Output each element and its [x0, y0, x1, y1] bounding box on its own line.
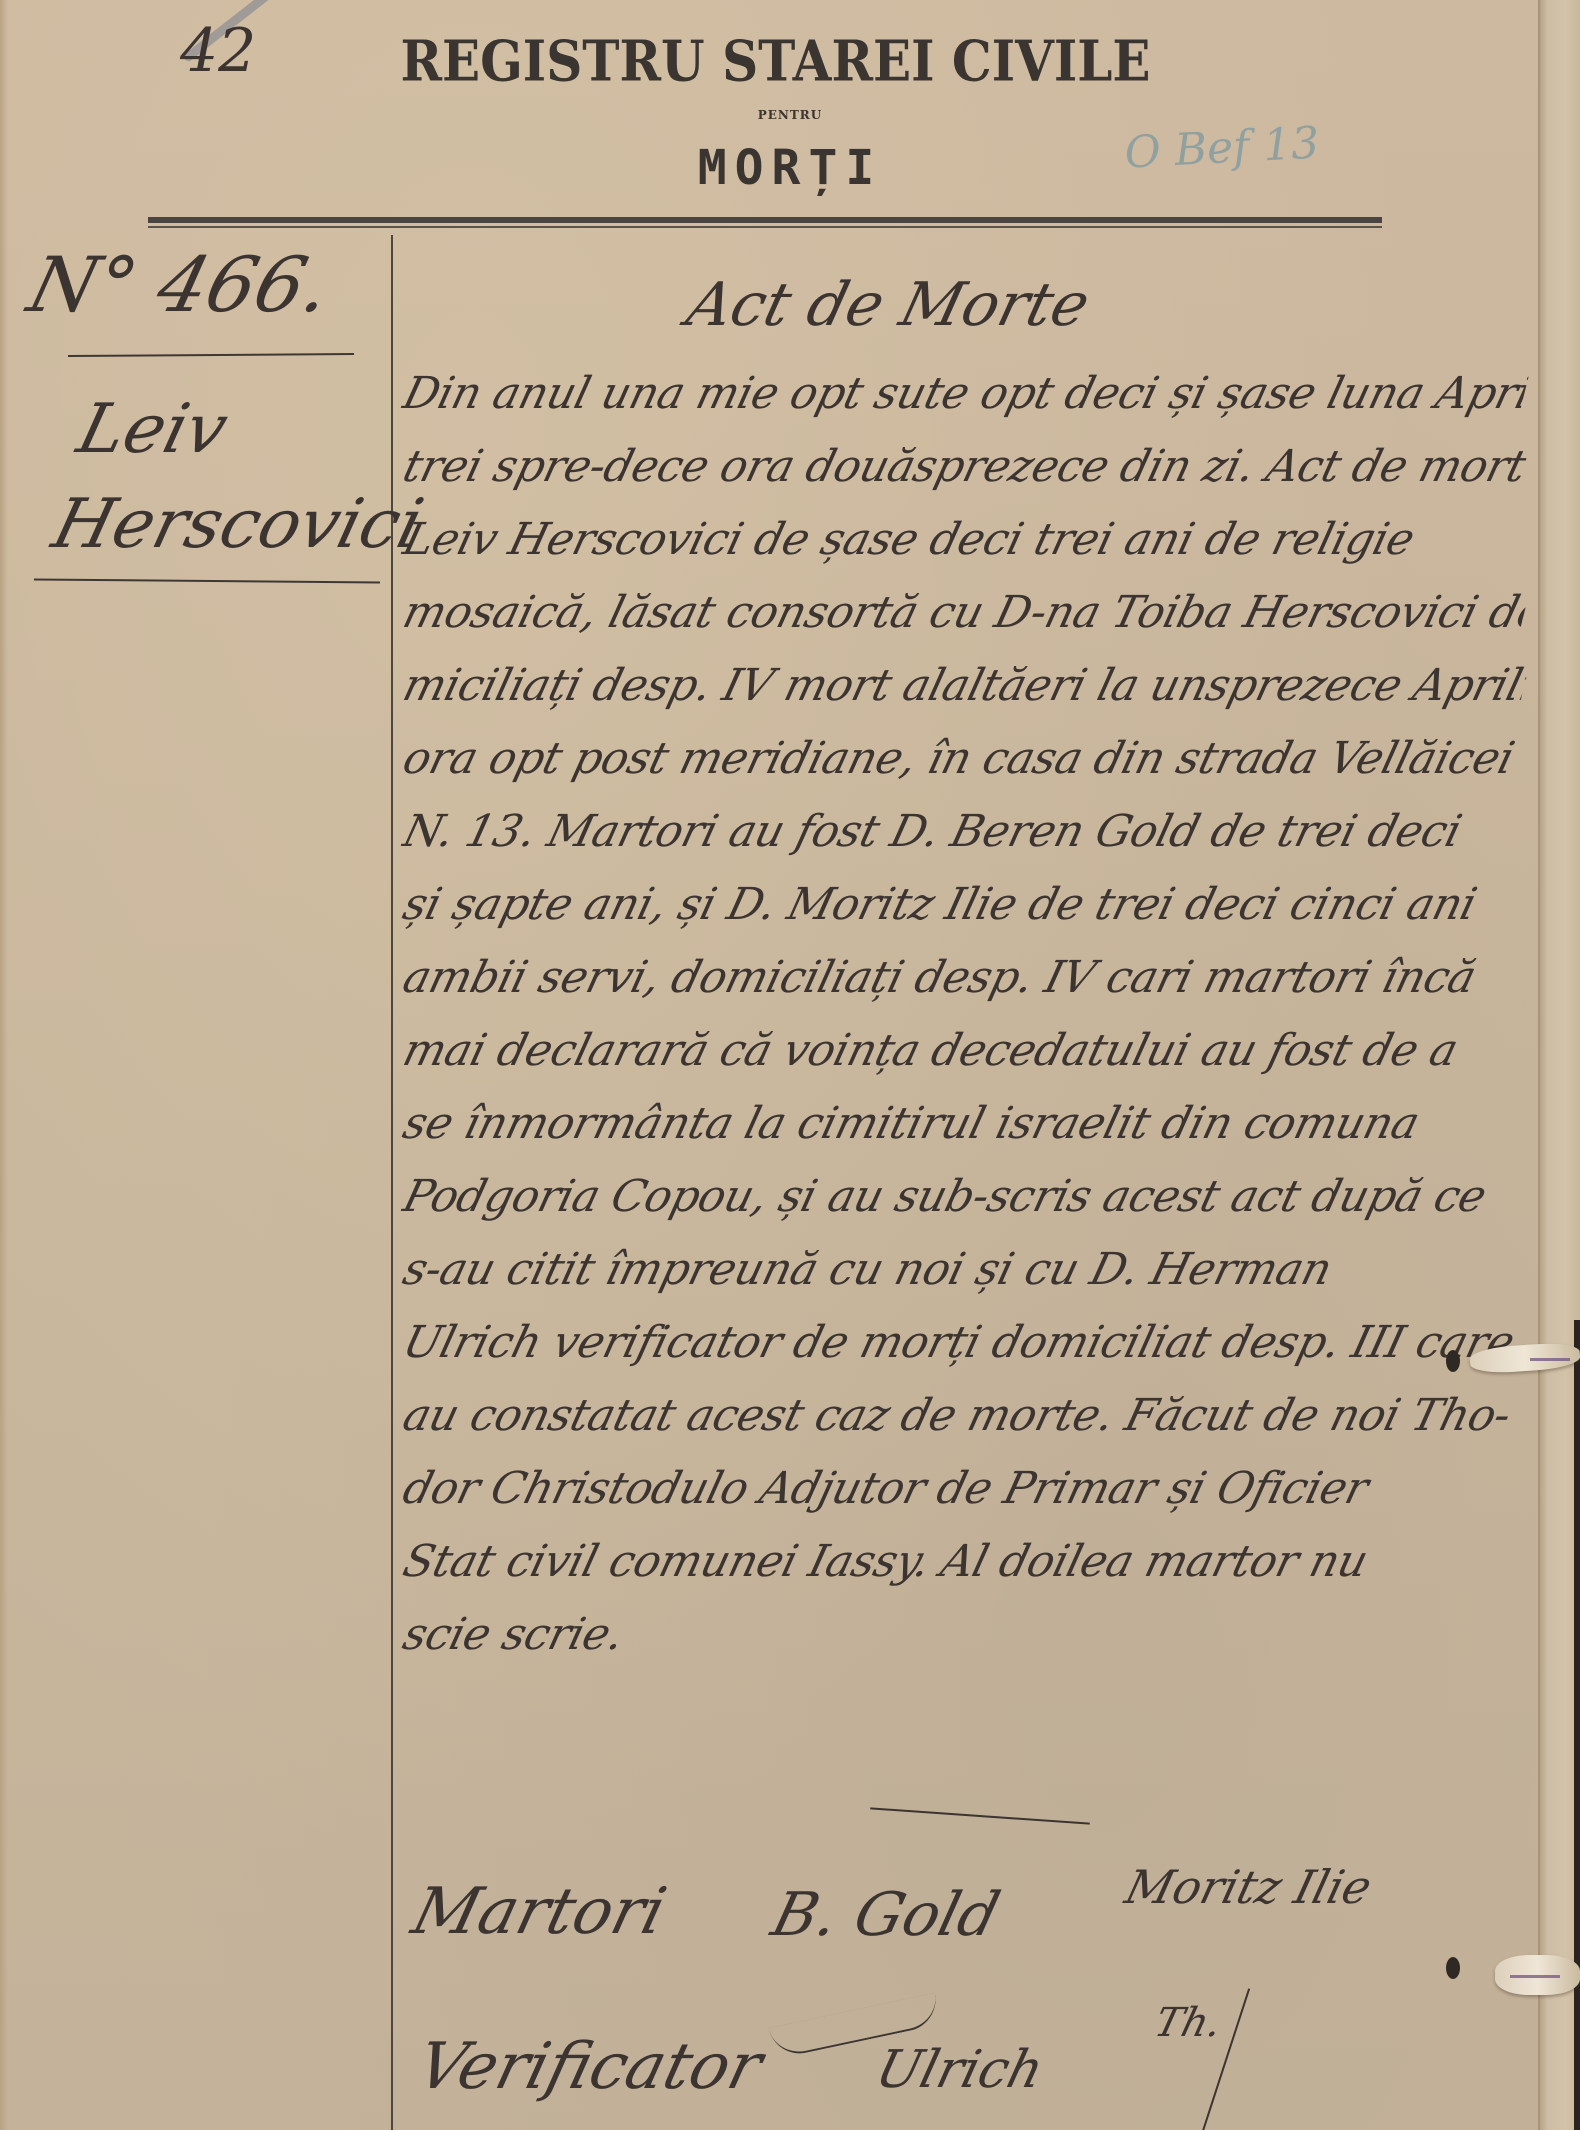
body-line: Ulrich verificator de morți domiciliat d… [398, 1317, 1531, 1368]
record-number: N° 466. [20, 240, 340, 329]
body-line: miciliați desp. IV mort alaltăeri la uns… [398, 660, 1531, 711]
binding-hole [1446, 1350, 1460, 1372]
witnesses-label: Martori [405, 1875, 673, 1949]
body-line: ambii servi, domiciliați desp. IV cari m… [398, 952, 1531, 1003]
margin-rule [34, 578, 380, 583]
witness-2-signature: Moritz Ilie [1120, 1860, 1377, 1914]
body-line: Stat civil comunei Iassy. Al doilea mart… [398, 1536, 1531, 1587]
closing-flourish [870, 1807, 1090, 1824]
body-line: Din anul una mie opt sute opt deci și șa… [398, 368, 1531, 419]
body-line: mosaică, lăsat consortă cu D-na Toiba He… [398, 587, 1531, 638]
body-line: au constatat acest caz de morte. Făcut d… [398, 1390, 1531, 1441]
binding-shadow [1574, 1320, 1580, 2130]
register-title: REGISTRU STAREI CIVILE [378, 28, 1173, 94]
body-line: mai declarară că voința decedatului au f… [398, 1025, 1531, 1076]
header-rule-thin [148, 226, 1382, 228]
register-subtitle: PENTRU [700, 108, 880, 122]
page-left-edge [0, 0, 8, 2130]
body-line: s-au citit împreună cu noi și cu D. Herm… [398, 1244, 1531, 1295]
body-line: dor Christodulo Adjutor de Primar și Ofi… [398, 1463, 1531, 1514]
body-line: scie scrie. [398, 1609, 1531, 1660]
binding-hole [1446, 1957, 1460, 1979]
register-section: MORȚI [560, 140, 1020, 196]
witness-1-signature: B. Gold [765, 1880, 1006, 1950]
body-line: Leiv Herscovici de șase deci trei ani de… [398, 514, 1531, 565]
verifier-signature: Ulrich [870, 2040, 1050, 2100]
officer-signature: Th. [1150, 2000, 1227, 2046]
body-line: ora opt post meridiane, în casa din stra… [398, 733, 1531, 784]
body-line: se înmormânta la cimitirul israelit din … [398, 1098, 1531, 1149]
binding-thread [1530, 1358, 1570, 1361]
body-line: trei spre-dece ora douăsprezece din zi. … [398, 441, 1531, 492]
margin-rule [68, 353, 354, 357]
binding-thread [1510, 1975, 1560, 1978]
act-title: Act de Morte [680, 270, 1096, 340]
archive-stamp: O Bef 13 [1123, 112, 1416, 197]
folio-number: 42 [180, 16, 256, 86]
deceased-last-name: Herscovici [45, 485, 431, 564]
verifier-label: Verificator [410, 2030, 769, 2104]
document-page: 42 O Bef 13 REGISTRU STAREI CIVILE PENTR… [0, 0, 1580, 2130]
deceased-first-name: Leiv [70, 390, 235, 469]
body-line: și șapte ani, și D. Moritz Ilie de trei … [398, 879, 1531, 930]
header-rule-thick [148, 217, 1382, 223]
body-line: Podgoria Copou, și au sub-scris acest ac… [398, 1171, 1531, 1222]
body-line: N. 13. Martori au fost D. Beren Gold de … [398, 806, 1531, 857]
